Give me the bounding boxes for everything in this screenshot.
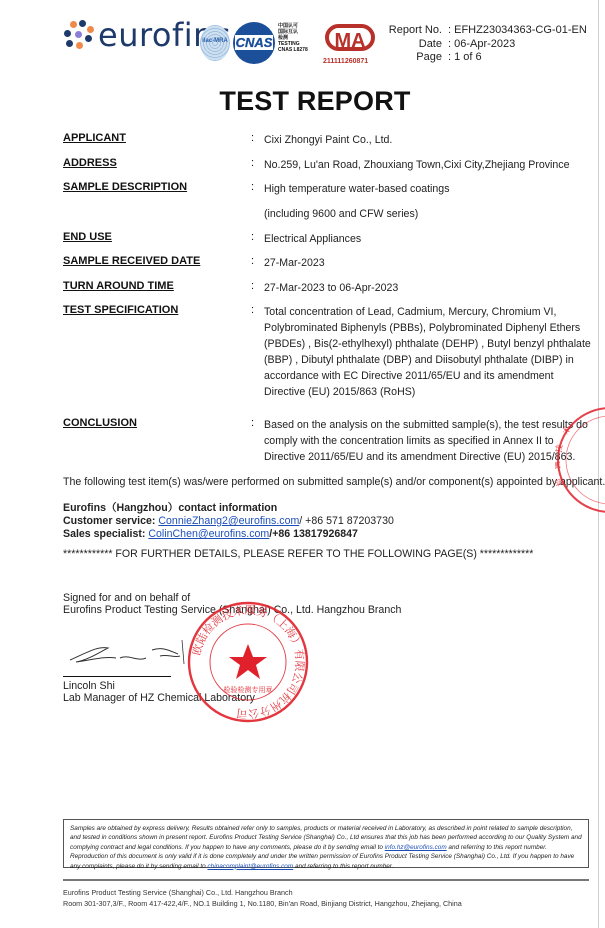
company-seal-stamp: 欧陆检测技术服务（上海）有限公司杭州分公司 检验检测专用章 [186,600,310,724]
contact-heading: Eurofins（Hangzhou）contact information [63,500,277,515]
footer-address: Eurofins Product Testing Service (Shangh… [63,887,462,909]
report-date: Date: 06-Apr-2023 [388,38,587,52]
report-meta: Report No.: EFHZ23034363-CG-01-EN Date: … [388,24,587,65]
cnas-label: CNAS [229,35,279,50]
sales-specialist-line: Sales specialist: ColinChen@eurofins.com… [63,528,358,540]
cnas-testing-label: 中国认可 国际互认 检测 TESTING CNAS L8278 [278,23,308,53]
eurofins-dots-icon [64,20,94,50]
performed-note: The following test item(s) was/were perf… [63,476,605,488]
svg-text:测: 测 [555,461,562,470]
report-page: Page: 1 of 6 [388,51,587,65]
further-details-note: ************ FOR FURTHER DETAILS, PLEASE… [63,548,533,560]
signatory-name: Lincoln Shi [63,680,115,692]
sales-specialist-email-link[interactable]: ColinChen@eurofins.com [148,528,269,540]
signature-icon [68,638,188,676]
page-title: TEST REPORT [0,86,605,117]
disclaimer-box: Samples are obtained by express delivery… [63,819,589,868]
complaint-email-link[interactable]: chinacomplaint@eurofins.com [207,863,293,870]
footer-company: Eurofins Product Testing Service (Shangh… [63,887,462,898]
cma-logo: MA [325,24,375,51]
info-email-link[interactable]: info.hz@eurofins.com [385,844,447,851]
svg-text:检: 检 [555,477,565,488]
customer-service-line: Customer service: ConnieZhang2@eurofins.… [63,515,394,527]
ilac-mra-label: ilac-MRA [200,38,230,44]
svg-text:检验检测专用章: 检验检测专用章 [224,685,273,694]
svg-text:技: 技 [555,444,564,454]
footer-street: Room 301-307,3/F., Room 417-422,4/F., NO… [63,898,462,909]
report-number: Report No.: EFHZ23034363-CG-01-EN [388,24,587,38]
customer-service-email-link[interactable]: ConnieZhang2@eurofins.com [158,515,299,527]
signoff-line-1: Signed for and on behalf of [63,592,190,604]
signature-line [63,676,171,677]
cma-number: 211111260871 [323,58,368,65]
footer-divider [63,879,589,881]
side-seal-stamp: 术 技 测 检 [555,405,605,515]
